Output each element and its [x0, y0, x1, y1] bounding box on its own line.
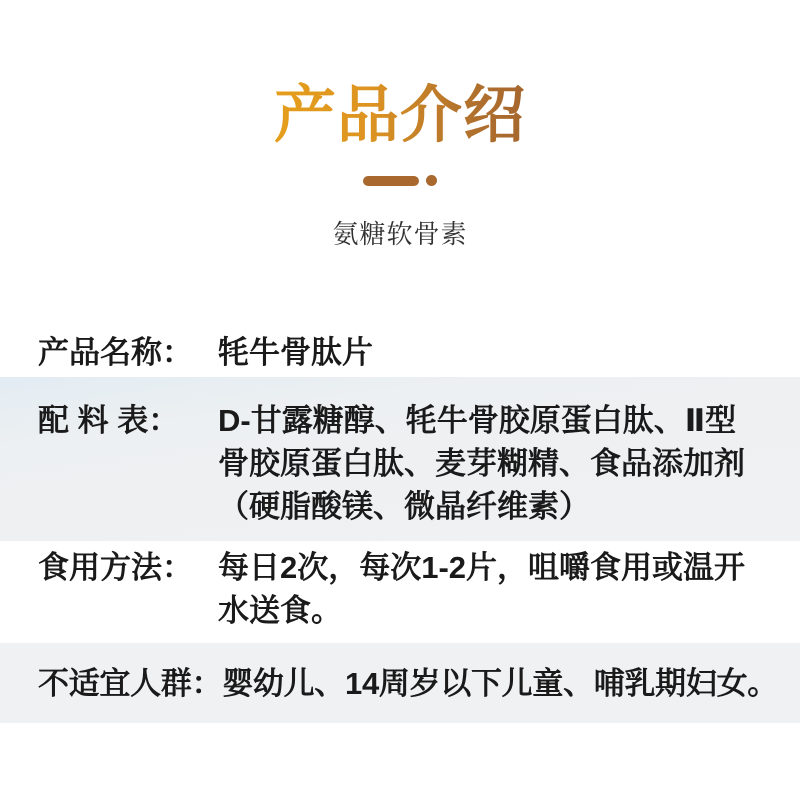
divider-dash-icon: [363, 176, 419, 186]
ingredients-value: D-甘露糖醇、牦牛骨胶原蛋白肽、Ⅱ型 骨胶原蛋白肽、麦芽糊精、食品添加剂 （硬脂…: [218, 399, 778, 528]
title-divider: [0, 175, 800, 186]
product-name-label: 产品名称：: [38, 331, 193, 374]
product-name-value: 牦牛骨肽片: [218, 331, 778, 374]
page-subtitle: 氨糖软骨素: [0, 214, 800, 251]
unsuitable-line: 不适宜人群：婴幼儿、14周岁以下儿童、哺乳期妇女。: [38, 662, 778, 705]
usage-value: 每日2次，每次1-2片，咀嚼食用或温开 水送食。: [218, 546, 778, 632]
usage-label: 食用方法：: [38, 546, 193, 589]
ingredients-label: 配 料 表：: [38, 399, 179, 442]
divider-dot-icon: [426, 175, 437, 186]
product-intro-page: 产品介绍 氨糖软骨素 产品名称： 牦牛骨肽片 配 料 表： D-甘露糖醇、牦牛骨…: [0, 0, 800, 800]
unsuitable-label: 不适宜人群：: [38, 666, 222, 701]
unsuitable-value: 婴幼儿、14周岁以下儿童、哺乳期妇女。: [222, 666, 778, 701]
page-title-text: 产品介绍: [274, 82, 526, 150]
page-title: 产品介绍: [0, 82, 800, 166]
